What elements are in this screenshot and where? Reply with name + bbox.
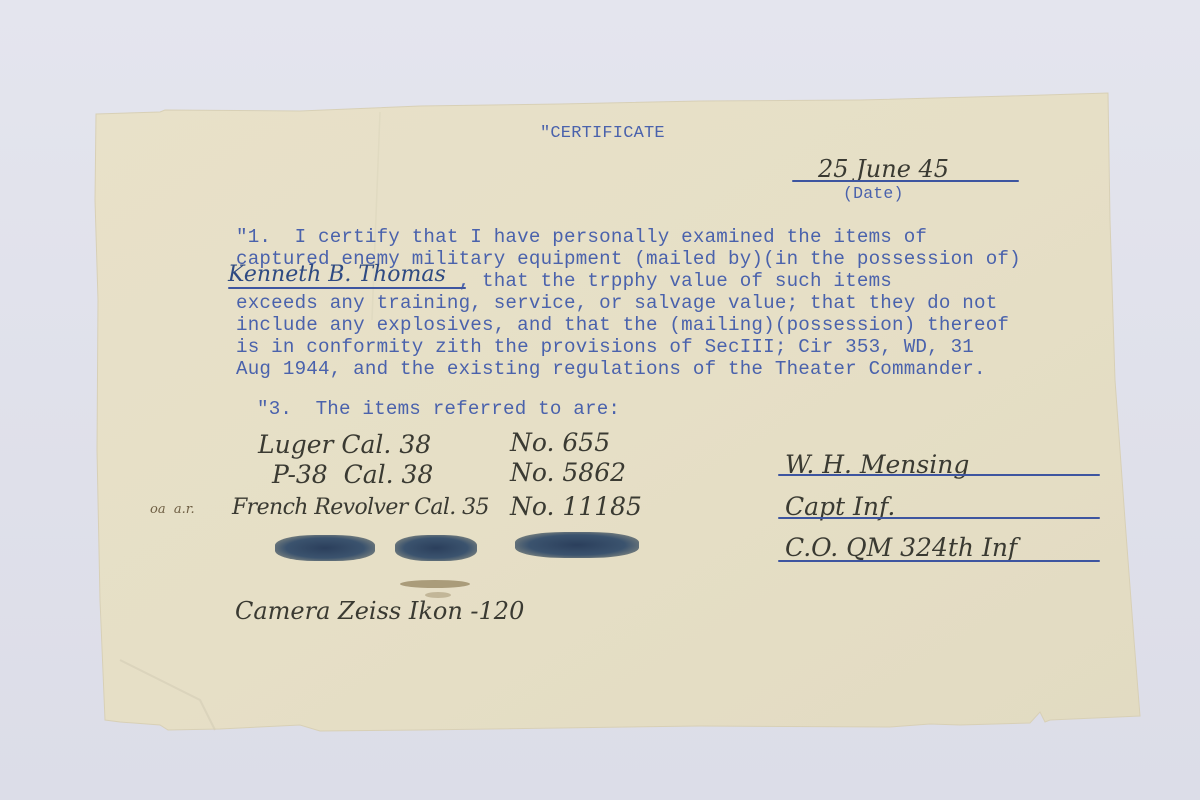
item-1-serial: No. 655 [510,428,610,457]
signature-rule-3 [778,560,1100,562]
p1-line-6: is in conformity zith the provisions of … [236,336,974,359]
signature-rule-1 [778,474,1100,476]
item-2-name: P-38 Cal. 38 [272,460,433,489]
possessor-name-handwritten: Kenneth B. Thomas [228,262,446,287]
margin-note: oa a.r. [150,502,195,517]
p3-heading: "3. The items referred to are: [257,398,620,421]
ink-blot-3 [515,532,639,558]
document-title: "CERTIFICATE [540,123,665,146]
certificate-document: "CERTIFICATE 25 June 45 (Date) "1. I cer… [0,0,1200,800]
item-3-name: French Revolver Cal. 35 [232,495,489,520]
date-rule [792,180,1019,182]
date-label: (Date) [843,183,904,206]
item-5-name: Camera Zeiss Ikon -120 [235,597,524,625]
item-3-serial: No. 11185 [510,492,642,521]
ink-blot-1 [275,535,375,561]
signature-unit: C.O. QM 324th Inf [785,533,1017,562]
p1-line-5: include any explosives, and that the (ma… [236,314,1009,337]
name-underline [228,287,466,289]
date-handwritten: 25 June 45 [818,155,949,183]
ink-blot-2 [395,535,477,561]
p1-line-4: exceeds any training, service, or salvag… [236,292,997,315]
item-1-name: Luger Cal. 38 [258,430,431,459]
signature-rule-2 [778,517,1100,519]
stain-mark [400,580,470,588]
item-2-serial: No. 5862 [510,458,626,487]
p1-line-7: Aug 1944, and the existing regulations o… [236,358,986,381]
p1-line-1: "1. I certify that I have personally exa… [236,226,927,249]
